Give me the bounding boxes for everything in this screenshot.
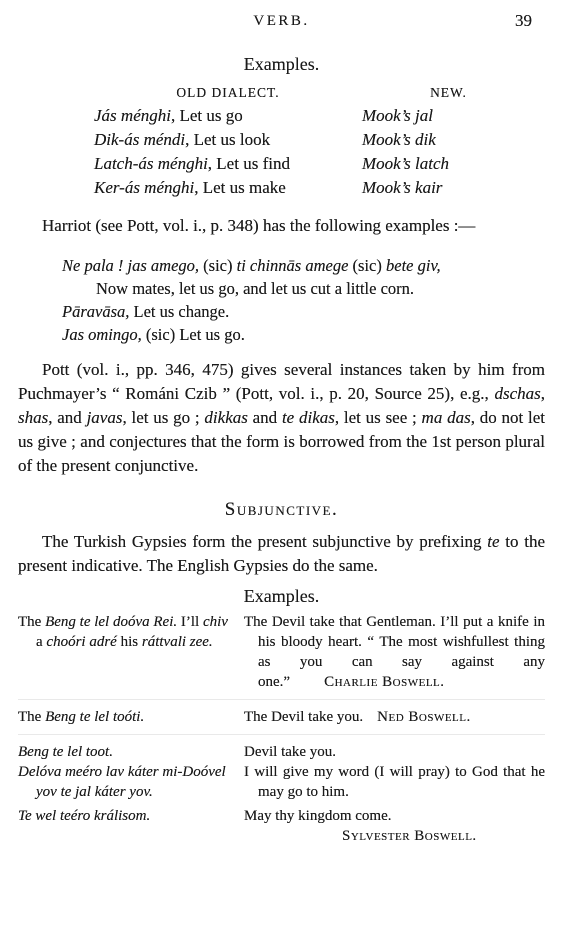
- romani-word: javas: [87, 408, 123, 427]
- text-segment: and: [248, 408, 282, 427]
- dialect-row: Latch-ás ménghi, Let us find Mook’s latc…: [94, 152, 535, 176]
- new-dialect-cell: Mook’s latch: [362, 152, 535, 176]
- romani-word: choóri adré: [46, 634, 116, 650]
- new-column-header: NEW.: [362, 85, 535, 100]
- romani-phrase: Latch-ás ménghi: [94, 154, 208, 173]
- old-dialect-column-header: OLD DIALECT.: [94, 85, 362, 100]
- romani-phrase: Beng te lel doóva Rei.: [45, 614, 177, 630]
- romani-phrase: Beng te lel toóti.: [45, 709, 144, 725]
- romani-phrase: Ne pala ! jas amego,: [62, 256, 199, 275]
- text-segment: , and: [48, 408, 86, 427]
- attribution: Ned Boswell.: [377, 709, 471, 725]
- examples-heading: Examples.: [18, 54, 545, 74]
- romani-phrase: Delóva meéro lav káter mi-Doóvel yov te …: [18, 764, 226, 800]
- subjunctive-heading: Subjunctive.: [18, 499, 545, 520]
- dialect-rows: Jás ménghi, Let us go Mook’s jal Dik-ás …: [94, 104, 535, 200]
- new-dialect-cell: Mook’s jal: [362, 104, 535, 128]
- gloss: , Let us find: [208, 154, 290, 173]
- english-cell: I will give my word (I will pray) to God…: [244, 762, 545, 802]
- dialect-table-header: OLD DIALECT. NEW.: [94, 85, 535, 100]
- romani-phrase: Dik-ás méndi: [94, 130, 185, 149]
- text-segment: The Turkish Gypsies form the present sub…: [42, 532, 487, 551]
- gloss: (sic) Let us go.: [142, 325, 245, 344]
- romani-phrase: Jás ménghi: [94, 106, 171, 125]
- english-cell: May thy kingdom come.Sylvester Boswell.: [244, 806, 545, 846]
- romani-word: te: [487, 532, 499, 551]
- romani-phrase: ti chinnās amege: [237, 256, 349, 275]
- romani-word: dikkas: [204, 408, 247, 427]
- text-segment: ,: [541, 384, 545, 403]
- text-segment: The: [18, 709, 45, 725]
- romani-phrase: Ker-ás ménghi: [94, 178, 194, 197]
- examples-heading-2: Examples.: [18, 586, 545, 606]
- example-row: Te wel teéro králisom. May thy kingdom c…: [18, 806, 545, 846]
- verse-line: Jas omingo, (sic) Let us go.: [62, 323, 545, 346]
- gloss: Let us change.: [129, 302, 229, 321]
- text-segment: The: [18, 614, 45, 630]
- romani-word: ráttvali zee.: [142, 634, 213, 650]
- subjunctive-examples-table: The Beng te lel doóva Rei. I’ll chiv a c…: [18, 612, 545, 846]
- text-segment: I’ll: [177, 614, 203, 630]
- example-row: Beng te lel toot. Devil take you.: [18, 734, 545, 762]
- text-segment: , let us see ;: [335, 408, 422, 427]
- old-dialect-cell: Jás ménghi, Let us go: [94, 104, 362, 128]
- translation-text: I will give my word (I will pray) to God…: [244, 764, 545, 800]
- attribution: Sylvester Boswell.: [342, 826, 545, 846]
- text-segment: a: [36, 634, 46, 650]
- translation-text: Devil take you.: [244, 744, 336, 760]
- page-number: 39: [515, 11, 532, 30]
- english-cell: The Devil take you.Ned Boswell.: [244, 707, 545, 727]
- example-row: The Beng te lel toóti. The Devil take yo…: [18, 699, 545, 727]
- romani-phrase: bete giv,: [386, 256, 441, 275]
- attribution: Charlie Boswell.: [324, 674, 444, 690]
- pott-paragraph: Pott (vol. i., pp. 346, 475) gives sever…: [18, 358, 545, 478]
- sic-note: (sic): [348, 256, 386, 275]
- romani-word: shas: [18, 408, 48, 427]
- sic-note: (sic): [199, 256, 237, 275]
- subjunctive-paragraph: The Turkish Gypsies form the present sub…: [18, 530, 545, 578]
- verse-translation: Now mates, let us go, and let us cut a l…: [62, 277, 545, 300]
- verse-line: Ne pala ! jas amego, (sic) ti chinnās am…: [62, 254, 545, 277]
- gloss: , Let us make: [194, 178, 286, 197]
- romani-phrase: Beng te lel toot.: [18, 744, 113, 760]
- romani-phrase: Te wel teéro králisom.: [18, 808, 150, 824]
- english-cell: The Devil take that Gentleman. I’ll put …: [244, 612, 545, 692]
- running-title: VERB.: [18, 13, 545, 30]
- romani-cell: Delóva meéro lav káter mi-Doóvel yov te …: [18, 762, 234, 802]
- romani-word: chiv: [203, 614, 228, 630]
- new-dialect-cell: Mook’s dik: [362, 128, 535, 152]
- dialect-row: Jás ménghi, Let us go Mook’s jal: [94, 104, 535, 128]
- romani-cell: The Beng te lel toóti.: [18, 707, 234, 727]
- translation-text: May thy kingdom come.: [244, 808, 391, 824]
- gloss: , Let us look: [185, 130, 270, 149]
- harriot-paragraph: Harriot (see Pott, vol. i., p. 348) has …: [18, 213, 545, 239]
- old-dialect-cell: Dik-ás méndi, Let us look: [94, 128, 362, 152]
- dialect-row: Dik-ás méndi, Let us look Mook’s dik: [94, 128, 535, 152]
- translation-text: The Devil take you.: [244, 709, 363, 725]
- romani-cell: Te wel teéro králisom.: [18, 806, 234, 846]
- romani-cell: The Beng te lel doóva Rei. I’ll chiv a c…: [18, 612, 234, 692]
- english-cell: Devil take you.: [244, 742, 545, 762]
- old-dialect-cell: Latch-ás ménghi, Let us find: [94, 152, 362, 176]
- romani-phrase: Jas omingo,: [62, 325, 142, 344]
- harriot-examples: Ne pala ! jas amego, (sic) ti chinnās am…: [62, 254, 545, 346]
- old-new-dialect-table: OLD DIALECT. NEW. Jás ménghi, Let us go …: [94, 85, 535, 200]
- romani-word: te dikas: [282, 408, 335, 427]
- text-segment: Pott (vol. i., pp. 346, 475) gives sever…: [18, 360, 545, 403]
- romani-phrase: Pāravāsa,: [62, 302, 129, 321]
- old-dialect-cell: Ker-ás ménghi, Let us make: [94, 176, 362, 200]
- dialect-row: Ker-ás ménghi, Let us make Mook’s kair: [94, 176, 535, 200]
- example-row: Delóva meéro lav káter mi-Doóvel yov te …: [18, 762, 545, 802]
- new-dialect-cell: Mook’s kair: [362, 176, 535, 200]
- romani-word: dschas: [494, 384, 540, 403]
- book-page: VERB. 39 Examples. OLD DIALECT. NEW. Jás…: [0, 0, 566, 846]
- verse-line: Pāravāsa, Let us change.: [62, 300, 545, 323]
- romani-word: ma das: [422, 408, 471, 427]
- text-segment: his: [117, 634, 142, 650]
- romani-cell: Beng te lel toot.: [18, 742, 234, 762]
- text-segment: , let us go ;: [122, 408, 204, 427]
- gloss: , Let us go: [171, 106, 243, 125]
- example-row: The Beng te lel doóva Rei. I’ll chiv a c…: [18, 612, 545, 692]
